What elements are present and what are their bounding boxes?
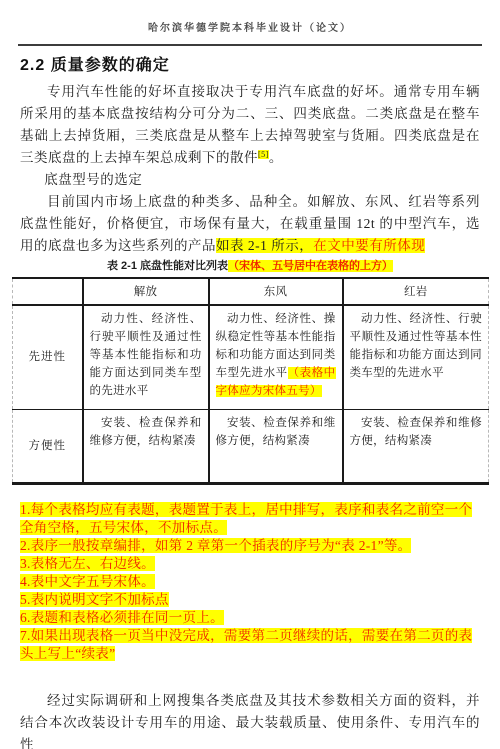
- row-label-convenience: 方便性: [13, 409, 83, 483]
- note-text: 4.表中文字五号宋体。: [20, 574, 155, 589]
- table-caption: 表 2-1 底盘性能对比列表（宋体、五号居中在表格的上方）: [20, 259, 480, 274]
- note-text: 6.表题和表格必须排在同一页上。: [20, 610, 224, 625]
- running-header: 哈尔滨华德学院本科毕业设计（论文）: [0, 0, 500, 35]
- cell-text: 安装、检查保养和维修方便，结构紧凑: [350, 417, 483, 447]
- header-divider: [18, 44, 482, 46]
- note-text: 3.表格无左、右边线。: [20, 556, 155, 571]
- note-text: 5.表内说明文字不加标点: [20, 592, 169, 607]
- table-header-row: 解放 东风 红岩: [13, 278, 489, 305]
- row-label-advancement: 先进性: [13, 305, 83, 409]
- reviewer-notes-list: 1.每个表格均应有表题，表题置于表上，居中排写，表序和表名之前空一个全角空格，五…: [20, 501, 480, 663]
- cell-text: 安装、检查保养和维修方便，结构紧凑: [90, 417, 202, 447]
- reviewer-remark-inline: 在文中要有所体现: [313, 238, 425, 253]
- chassis-comparison-table: 解放 东风 红岩 先进性 动力性、经济性、行驶平顺性及通过性等基本性能指标和功能…: [12, 277, 489, 485]
- cell-text: 动力性、经济性、行驶平顺性及通过性等基本性能指标和功能方面达到同类车型的先进水平: [350, 313, 483, 379]
- paragraph-chassis-market: 目前国内市场上底盘的种类多、品种全。如解放、东风、红岩等系列底盘性能好，价格便宜…: [20, 191, 480, 257]
- subheading-chassis-model-selection: 底盘型号的选定: [20, 169, 480, 191]
- note-text: 2.表序一般按章编排，如第 2 章第一个插表的序号为“表 2-1”等。: [20, 538, 411, 553]
- document-page: 哈尔滨华德学院本科毕业设计（论文） 2.2 质量参数的确定 专用汽车性能的好坏直…: [0, 0, 500, 749]
- note-item-4: 4.表中文字五号宋体。: [20, 573, 480, 591]
- table-row-advancement: 先进性 动力性、经济性、行驶平顺性及通过性等基本性能指标和功能方面达到同类车型的…: [13, 305, 489, 409]
- section-title: 2.2 质量参数的确定: [20, 55, 480, 77]
- paragraph-text: 经过实际调研和上网搜集各类底盘及其技术参数相关方面的资料，并结合本次改装设计专用…: [20, 693, 480, 749]
- note-text: 1.每个表格均应有表题，表题置于表上，居中排写，表序和表名之前空一个全角空格，五…: [20, 502, 472, 535]
- cell-convenience-dongfeng: 安装、检查保养和维修方便，结构紧凑: [209, 409, 343, 483]
- note-item-3: 3.表格无左、右边线。: [20, 555, 480, 573]
- cell-advancement-jiefang: 动力性、经济性、行驶平顺性及通过性等基本性能指标和功能方面达到同类车型的先进水平: [83, 305, 209, 409]
- table-caption-text: 表 2-1 底盘性能对比列表: [107, 260, 228, 272]
- table-row-convenience: 方便性 安装、检查保养和维修方便，结构紧凑 安装、检查保养和维修方便，结构紧凑 …: [13, 409, 489, 483]
- cell-text: 安装、检查保养和维修方便，结构紧凑: [216, 417, 336, 447]
- paragraph-chassis-types: 专用汽车性能的好坏直接取决于专用汽车底盘的好坏。通常专用车辆所采用的基本底盘按结…: [20, 81, 480, 169]
- note-item-2: 2.表序一般按章编排，如第 2 章第一个插表的序号为“表 2-1”等。: [20, 537, 480, 555]
- table-header-hongyan: 红岩: [343, 278, 489, 305]
- paragraph-research-summary: 经过实际调研和上网搜集各类底盘及其技术参数相关方面的资料，并结合本次改装设计专用…: [20, 690, 480, 749]
- note-item-6: 6.表题和表格必须排在同一页上。: [20, 609, 480, 627]
- note-item-1: 1.每个表格均应有表题，表题置于表上，居中排写，表序和表名之前空一个全角空格，五…: [20, 501, 480, 537]
- cell-text: 动力性、经济性、行驶平顺性及通过性等基本性能指标和功能方面达到同类车型的先进水平: [90, 313, 202, 397]
- highlighted-table-reference: 如表 2-1 所示，: [216, 238, 313, 253]
- cell-advancement-hongyan: 动力性、经济性、行驶平顺性及通过性等基本性能指标和功能方面达到同类车型的先进水平: [343, 305, 489, 409]
- paragraph-text-end: 。: [269, 150, 283, 165]
- table-header-jiefang: 解放: [83, 278, 209, 305]
- note-item-5: 5.表内说明文字不加标点: [20, 591, 480, 609]
- note-text: 7.如果出现表格一页当中没完成，需要第二页继续的话，需要在第二页的表头上写上“续…: [20, 628, 472, 661]
- cell-convenience-jiefang: 安装、检查保养和维修方便，结构紧凑: [83, 409, 209, 483]
- cell-convenience-hongyan: 安装、检查保养和维修方便，结构紧凑: [343, 409, 489, 483]
- citation-marker: [5]: [258, 150, 269, 159]
- table-header-empty: [13, 278, 83, 305]
- table-header-dongfeng: 东风: [209, 278, 343, 305]
- cell-advancement-dongfeng: 动力性、经济性、操纵稳定性等基本性能指标和功能方面达到同类车型先进水平（表格中字…: [209, 305, 343, 409]
- paragraph-text: 专用汽车性能的好坏直接取决于专用汽车底盘的好坏。通常专用车辆所采用的基本底盘按结…: [20, 84, 480, 165]
- note-item-7: 7.如果出现表格一页当中没完成，需要第二页继续的话，需要在第二页的表头上写上“续…: [20, 627, 480, 663]
- table-caption-annotation: （宋体、五号居中在表格的上方）: [228, 260, 393, 272]
